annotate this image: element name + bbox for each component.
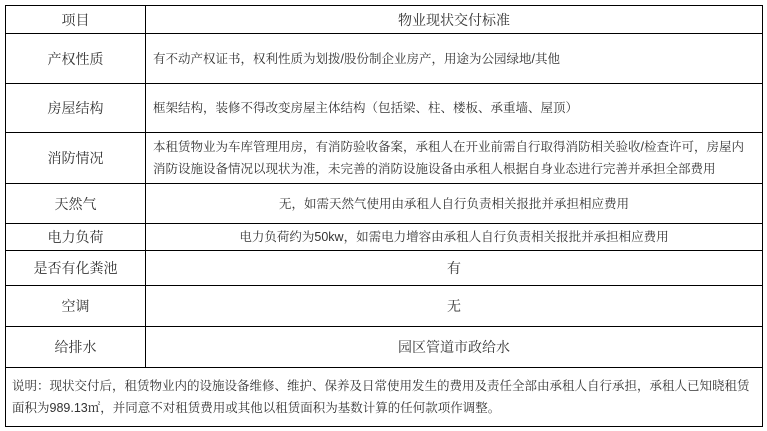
row-label: 消防情况 bbox=[6, 133, 146, 184]
table-row-property-rights: 产权性质 有不动产权证书，权利性质为划拨/股份制企业房产，用途为公园绿地/其他 bbox=[6, 34, 763, 84]
table-row-air-conditioning: 空调 无 bbox=[6, 286, 763, 327]
row-label: 房屋结构 bbox=[6, 84, 146, 133]
header-item-cell: 项目 bbox=[6, 6, 146, 34]
row-label: 是否有化粪池 bbox=[6, 251, 146, 286]
row-label: 电力负荷 bbox=[6, 224, 146, 251]
row-content: 有 bbox=[146, 251, 763, 286]
row-content: 本租赁物业为车库管理用房，有消防验收备案，承租人在开业前需自行取得消防相关验收/… bbox=[146, 133, 763, 184]
table-row-fire-safety: 消防情况 本租赁物业为车库管理用房，有消防验收备案，承租人在开业前需自行取得消防… bbox=[6, 133, 763, 184]
row-content: 无 bbox=[146, 286, 763, 327]
row-label: 空调 bbox=[6, 286, 146, 327]
header-standard-cell: 物业现状交付标准 bbox=[146, 6, 763, 34]
document-page: 项目 物业现状交付标准 产权性质 有不动产权证书，权利性质为划拨/股份制企业房产… bbox=[0, 0, 767, 431]
table-row-natural-gas: 天然气 无，如需天然气使用由承租人自行负责相关报批并承担相应费用 bbox=[6, 184, 763, 224]
table-row-building-structure: 房屋结构 框架结构，装修不得改变房屋主体结构（包括梁、柱、楼板、承重墙、屋顶） bbox=[6, 84, 763, 133]
table-header-row: 项目 物业现状交付标准 bbox=[6, 6, 763, 34]
row-content: 无，如需天然气使用由承租人自行负责相关报批并承担相应费用 bbox=[146, 184, 763, 224]
row-label: 给排水 bbox=[6, 327, 146, 368]
table-row-water-supply: 给排水 园区管道市政给水 bbox=[6, 327, 763, 368]
row-content: 框架结构，装修不得改变房屋主体结构（包括梁、柱、楼板、承重墙、屋顶） bbox=[146, 84, 763, 133]
row-content: 园区管道市政给水 bbox=[146, 327, 763, 368]
row-content: 电力负荷约为50kw，如需电力增容由承租人自行负责相关报批并承担相应费用 bbox=[146, 224, 763, 251]
row-content: 有不动产权证书，权利性质为划拨/股份制企业房产，用途为公园绿地/其他 bbox=[146, 34, 763, 84]
row-label: 天然气 bbox=[6, 184, 146, 224]
property-delivery-table: 项目 物业现状交付标准 产权性质 有不动产权证书，权利性质为划拨/股份制企业房产… bbox=[5, 5, 763, 427]
table-row-electric-load: 电力负荷 电力负荷约为50kw，如需电力增容由承租人自行负责相关报批并承担相应费… bbox=[6, 224, 763, 251]
note-cell: 说明：现状交付后，租赁物业内的设施设备维修、维护、保养及日常使用发生的费用及责任… bbox=[6, 368, 763, 427]
table-note-row: 说明：现状交付后，租赁物业内的设施设备维修、维护、保养及日常使用发生的费用及责任… bbox=[6, 368, 763, 427]
row-label: 产权性质 bbox=[6, 34, 146, 84]
table-row-septic-tank: 是否有化粪池 有 bbox=[6, 251, 763, 286]
